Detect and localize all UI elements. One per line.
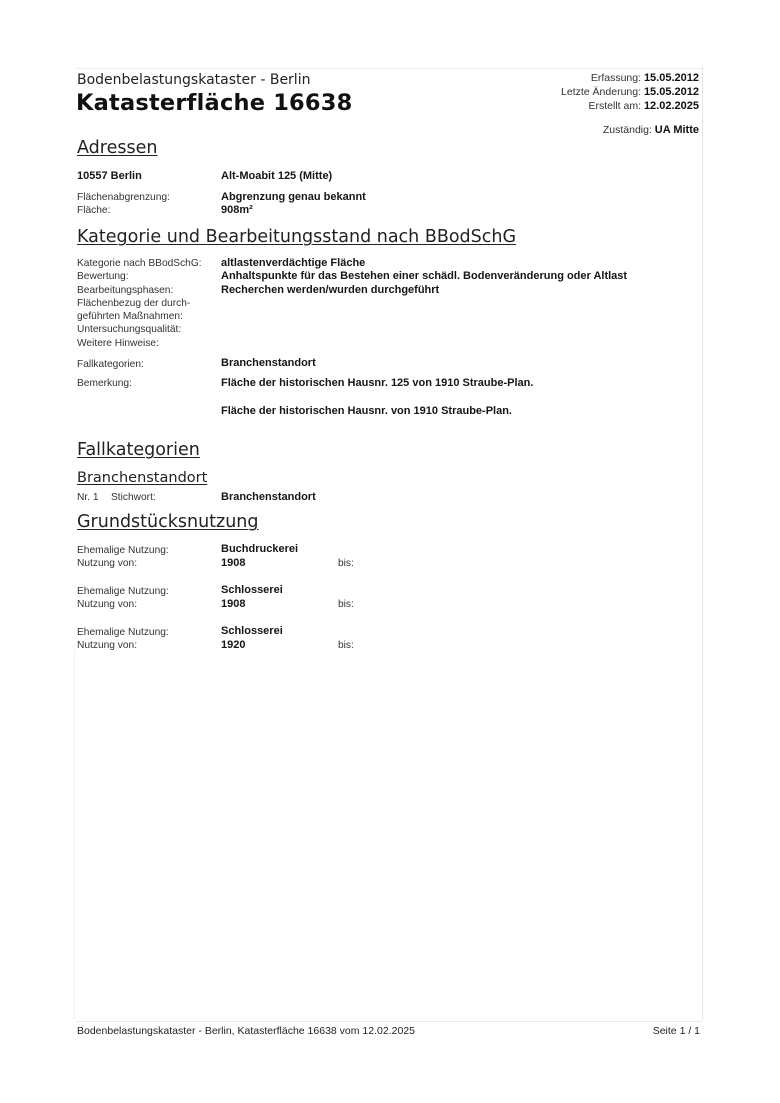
section-heading-grundstuecksnutzung: Grundstücksnutzung bbox=[77, 512, 259, 532]
top-rule bbox=[76, 68, 702, 69]
remark: Fläche der historischen Hausnr. 125 von … bbox=[221, 377, 533, 389]
use-from: 1908 bbox=[221, 598, 245, 610]
field-label: Nutzung von: bbox=[77, 640, 137, 651]
page-border-left bbox=[74, 650, 75, 1020]
page-border bbox=[702, 66, 703, 1020]
document-title: Katasterfläche 16638 bbox=[76, 90, 352, 116]
field-label: bis: bbox=[338, 558, 354, 569]
field-label: Flächenabgrenzung: bbox=[77, 192, 170, 203]
use-from: 1908 bbox=[221, 557, 245, 569]
field-label: Untersuchungsqualität: bbox=[77, 324, 181, 335]
remark: Fläche der historischen Hausnr. von 1910… bbox=[221, 405, 512, 417]
field-label: Fläche: bbox=[77, 205, 110, 216]
field-label: geführten Maßnahmen: bbox=[77, 311, 183, 322]
meta-label: Letzte Änderung: bbox=[561, 86, 641, 98]
section-heading-fallkategorien: Fallkategorien bbox=[77, 440, 200, 460]
case-number: Nr. 1 bbox=[77, 492, 99, 503]
page-number: Seite 1 / 1 bbox=[653, 1025, 700, 1037]
field-label: Flächenbezug der durch- bbox=[77, 298, 190, 309]
field-value: Recherchen werden/wurden durchgeführt bbox=[221, 284, 439, 296]
meta-erfassung: Erfassung: 15.05.2012 bbox=[591, 72, 699, 84]
use-from: 1920 bbox=[221, 639, 245, 651]
former-use: Buchdruckerei bbox=[221, 543, 298, 555]
meta-letzte-aenderung: Letzte Änderung: 15.05.2012 bbox=[561, 86, 699, 98]
field-value: altlastenverdächtige Fläche bbox=[221, 257, 365, 269]
meta-value: 12.02.2025 bbox=[644, 100, 699, 112]
field-label: Ehemalige Nutzung: bbox=[77, 586, 169, 597]
footer-text: Bodenbelastungskataster - Berlin, Katast… bbox=[77, 1025, 415, 1037]
field-label: Fallkategorien: bbox=[77, 359, 144, 370]
field-label: Ehemalige Nutzung: bbox=[77, 545, 169, 556]
field-label: Bemerkung: bbox=[77, 378, 132, 389]
meta-label: Erstellt am: bbox=[589, 100, 642, 112]
field-label: Ehemalige Nutzung: bbox=[77, 627, 169, 638]
meta-value: UA Mitte bbox=[655, 124, 699, 136]
former-use: Schlosserei bbox=[221, 625, 283, 637]
meta-label: Erfassung: bbox=[591, 72, 641, 84]
field-value: Branchenstandort bbox=[221, 491, 316, 503]
field-label: Bearbeitungsphasen: bbox=[77, 285, 173, 296]
meta-label: Zuständig: bbox=[603, 124, 652, 136]
field-label: Weitere Hinweise: bbox=[77, 338, 159, 349]
bottom-rule bbox=[76, 1021, 702, 1022]
field-label: Nutzung von: bbox=[77, 558, 137, 569]
field-value: 908m² bbox=[221, 204, 253, 216]
subsection-heading-branchenstandort: Branchenstandort bbox=[77, 470, 207, 486]
field-label: Stichwort: bbox=[111, 492, 156, 503]
section-heading-kategorie: Kategorie und Bearbeitungsstand nach BBo… bbox=[77, 227, 516, 247]
meta-value: 15.05.2012 bbox=[644, 86, 699, 98]
field-label: bis: bbox=[338, 599, 354, 610]
field-value: Abgrenzung genau bekannt bbox=[221, 191, 366, 203]
field-value: Branchenstandort bbox=[221, 357, 316, 369]
address-street: Alt-Moabit 125 (Mitte) bbox=[221, 170, 332, 182]
field-label: bis: bbox=[338, 640, 354, 651]
meta-value: 15.05.2012 bbox=[644, 72, 699, 84]
former-use: Schlosserei bbox=[221, 584, 283, 596]
address-city: 10557 Berlin bbox=[77, 170, 142, 182]
field-value: Anhaltspunkte für das Bestehen einer sch… bbox=[221, 270, 627, 282]
meta-erstellt-am: Erstellt am: 12.02.2025 bbox=[589, 100, 700, 112]
field-label: Kategorie nach BBodSchG: bbox=[77, 258, 202, 269]
field-label: Bewertung: bbox=[77, 271, 129, 282]
meta-zustaendig: Zuständig: UA Mitte bbox=[603, 124, 699, 136]
section-heading-adressen: Adressen bbox=[77, 138, 157, 158]
field-label: Nutzung von: bbox=[77, 599, 137, 610]
document-subtitle: Bodenbelastungskataster - Berlin bbox=[77, 72, 310, 88]
